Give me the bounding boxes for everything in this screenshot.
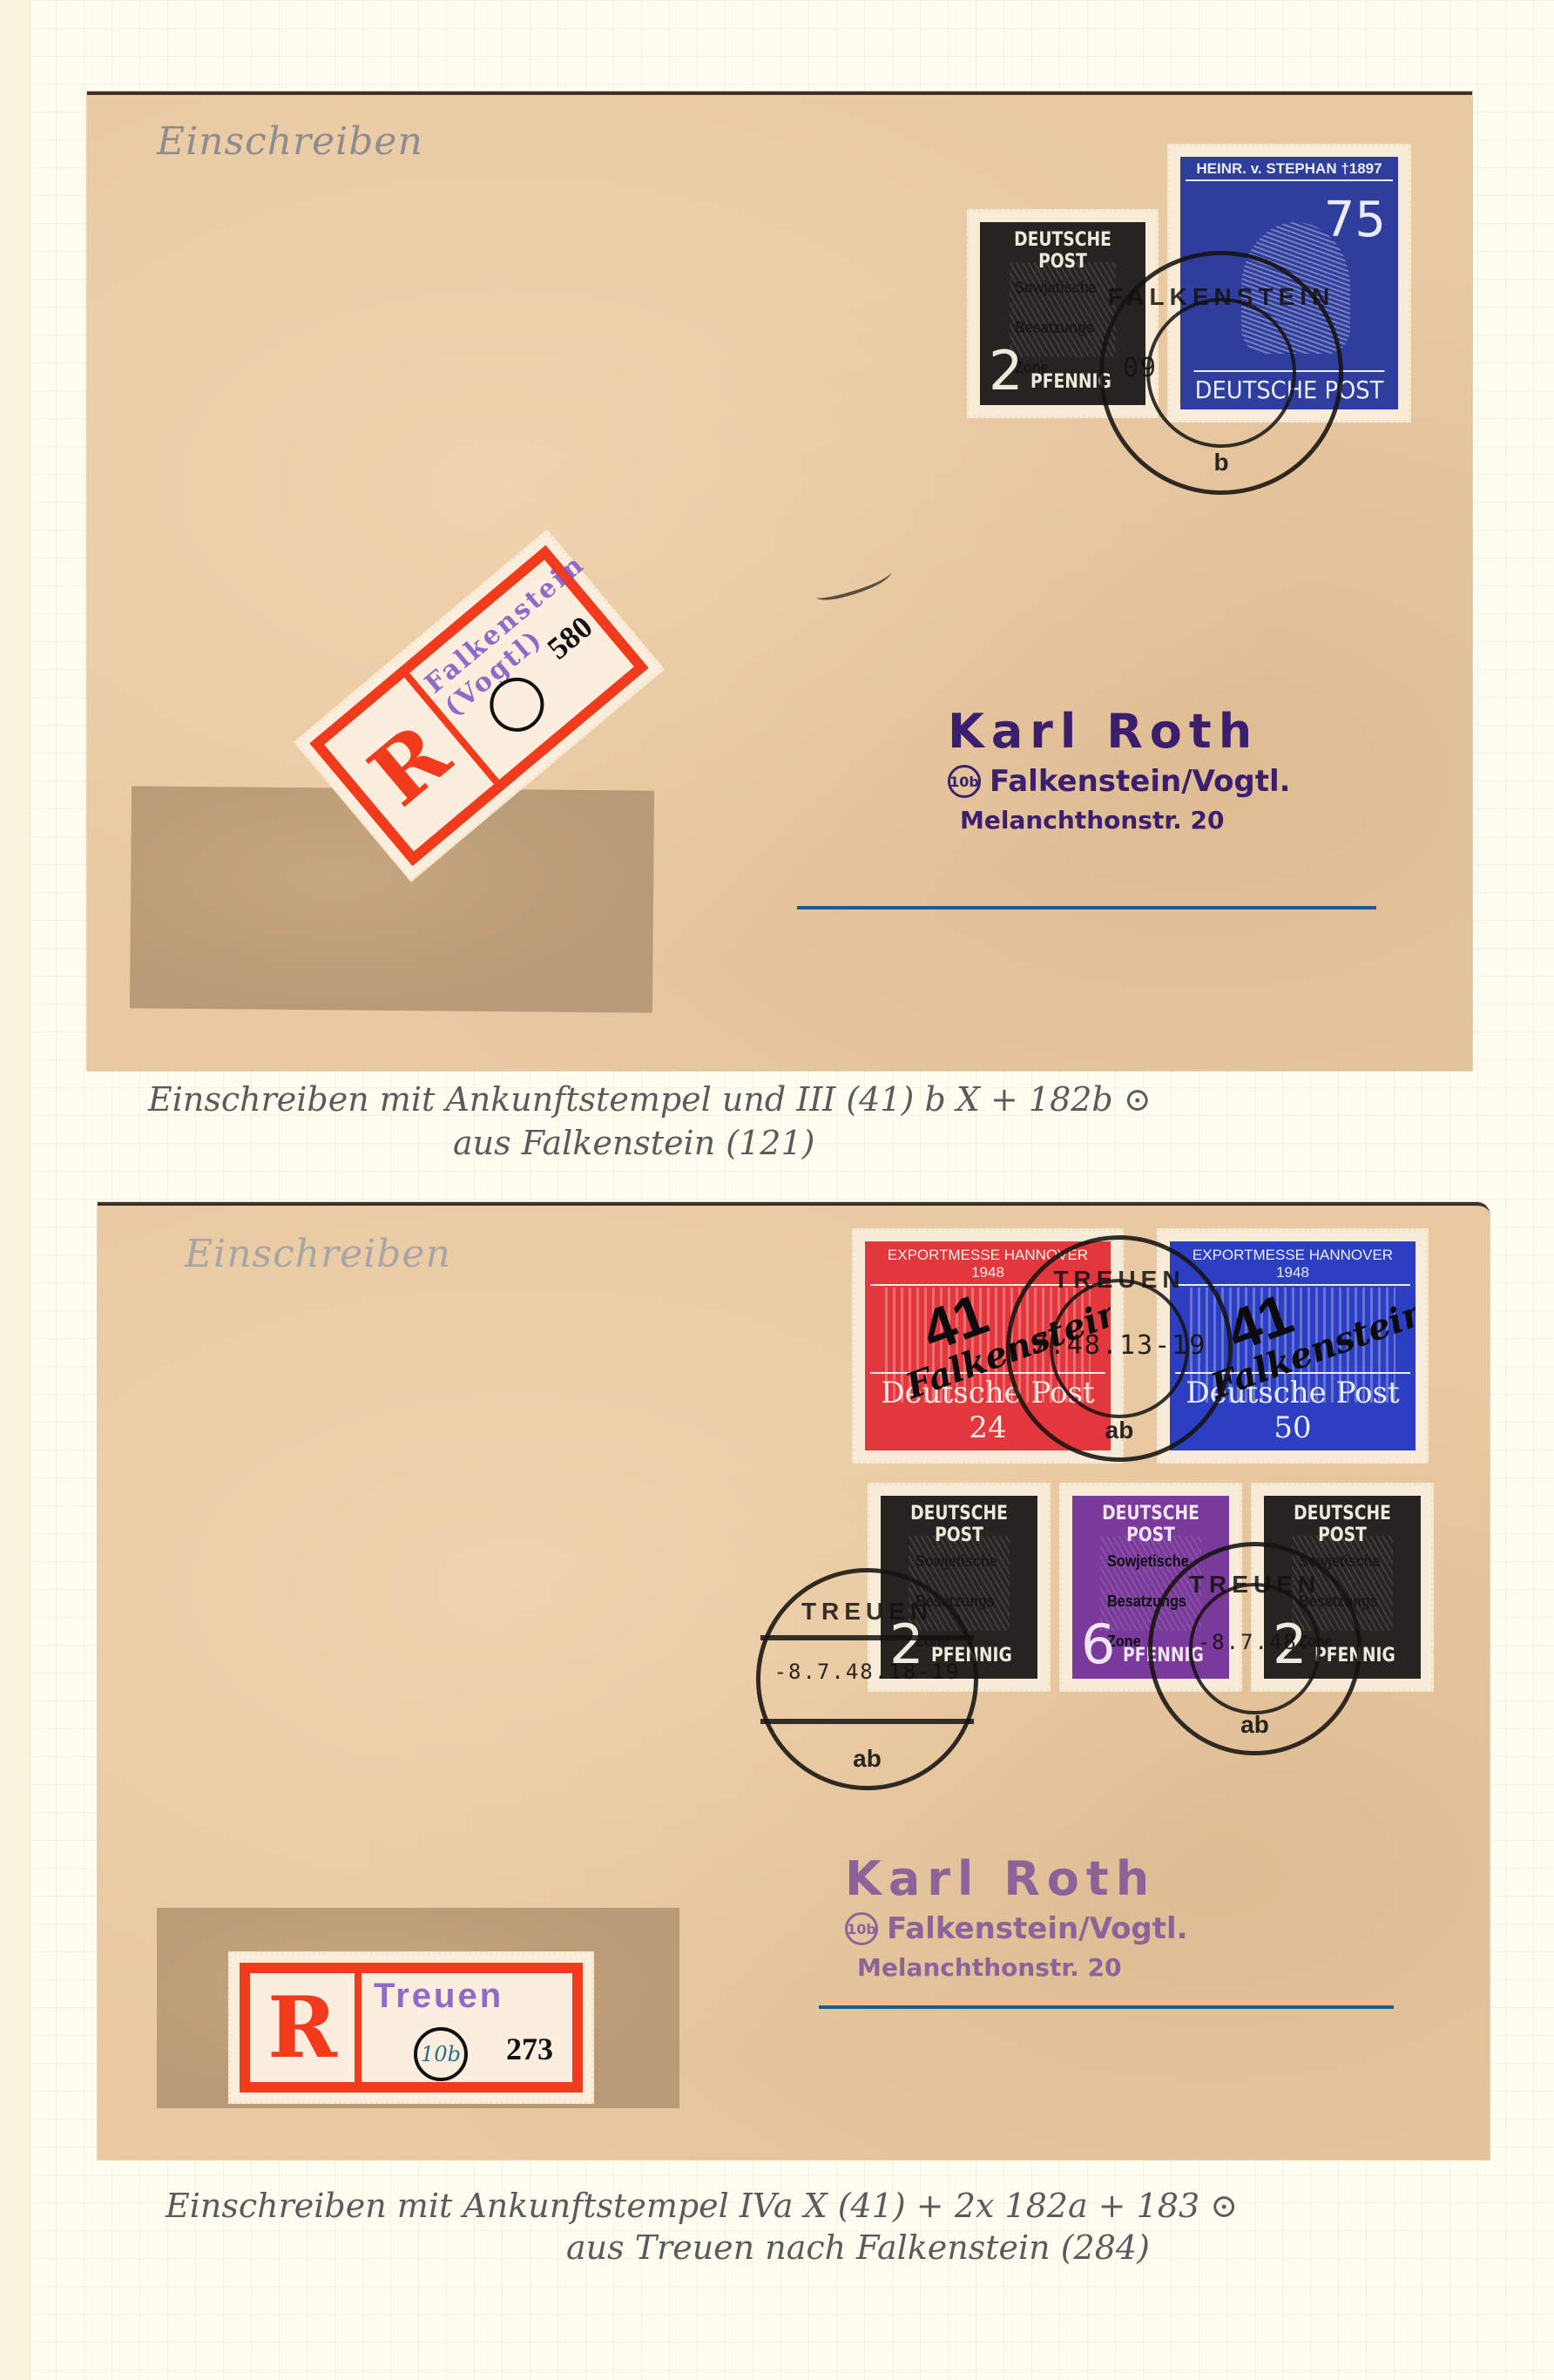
- cover-2-caption-line-2: aus Treuen nach Falkenstein (284): [566, 2228, 1150, 2267]
- postcode-badge: 10b: [845, 1912, 878, 1945]
- cover-1-postmark: FALKENSTEIN 09 b: [1099, 251, 1343, 495]
- cover-2-postmark-top: TREUEN 7.48.13-19 ab: [1006, 1235, 1233, 1462]
- cover-2-postmark-right: TREUEN -8.7.48. ab: [1148, 1542, 1361, 1755]
- address-underline: [819, 2005, 1394, 2009]
- cover-1-caption-line-2: aus Falkenstein (121): [453, 1124, 814, 1162]
- cover-2-postmark-left: TREUEN -8.7.48.18-19 ab: [756, 1568, 978, 1790]
- page-binding-edge: [0, 0, 30, 2380]
- cover-2-pencil-note: Einschreiben: [185, 1232, 451, 1276]
- circle-mark: 10b: [414, 2027, 468, 2081]
- address-underline: [797, 906, 1376, 909]
- cover-1-pencil-note: Einschreiben: [157, 119, 423, 164]
- registered-r-icon: R: [250, 1973, 361, 2082]
- cover-2-address-stamp: Karl Roth 10b Falkenstein/Vogtl. Melanch…: [845, 1851, 1188, 1982]
- cover-2-caption-line-1: Einschreiben mit Ankunftstempel IVa X (4…: [166, 2187, 1238, 2225]
- album-page: Einschreiben DEUTSCHE POST Sowjetische B…: [0, 0, 1554, 2380]
- cover-1-address-stamp: Karl Roth 10b Falkenstein/Vogtl. Melanch…: [948, 704, 1291, 835]
- postcode-badge: 10b: [948, 765, 981, 798]
- cover-2-registration-label: R Treuen 10b 273: [228, 1951, 594, 2104]
- cover-1-caption-line-1: Einschreiben mit Ankunftstempel und III …: [148, 1080, 1152, 1119]
